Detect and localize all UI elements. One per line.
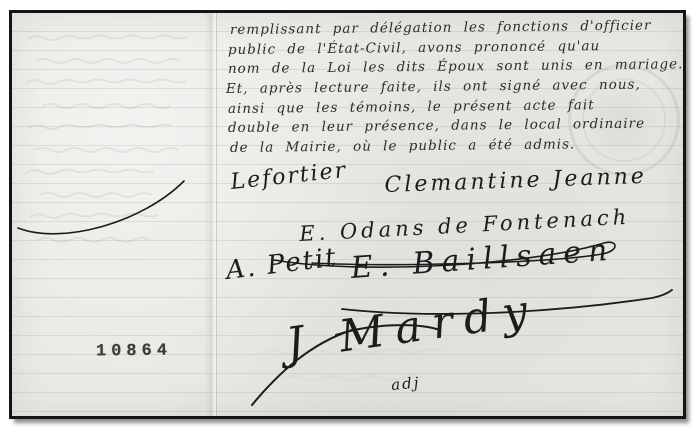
page-fold-line (216, 13, 217, 416)
signature-officiant-title: adj (390, 374, 421, 394)
archive-number-stamp: 10864 (96, 342, 172, 362)
page-background: remplissant par délégation les fonctions… (0, 0, 697, 432)
scanned-register-page: remplissant par délégation les fonctions… (9, 10, 686, 419)
